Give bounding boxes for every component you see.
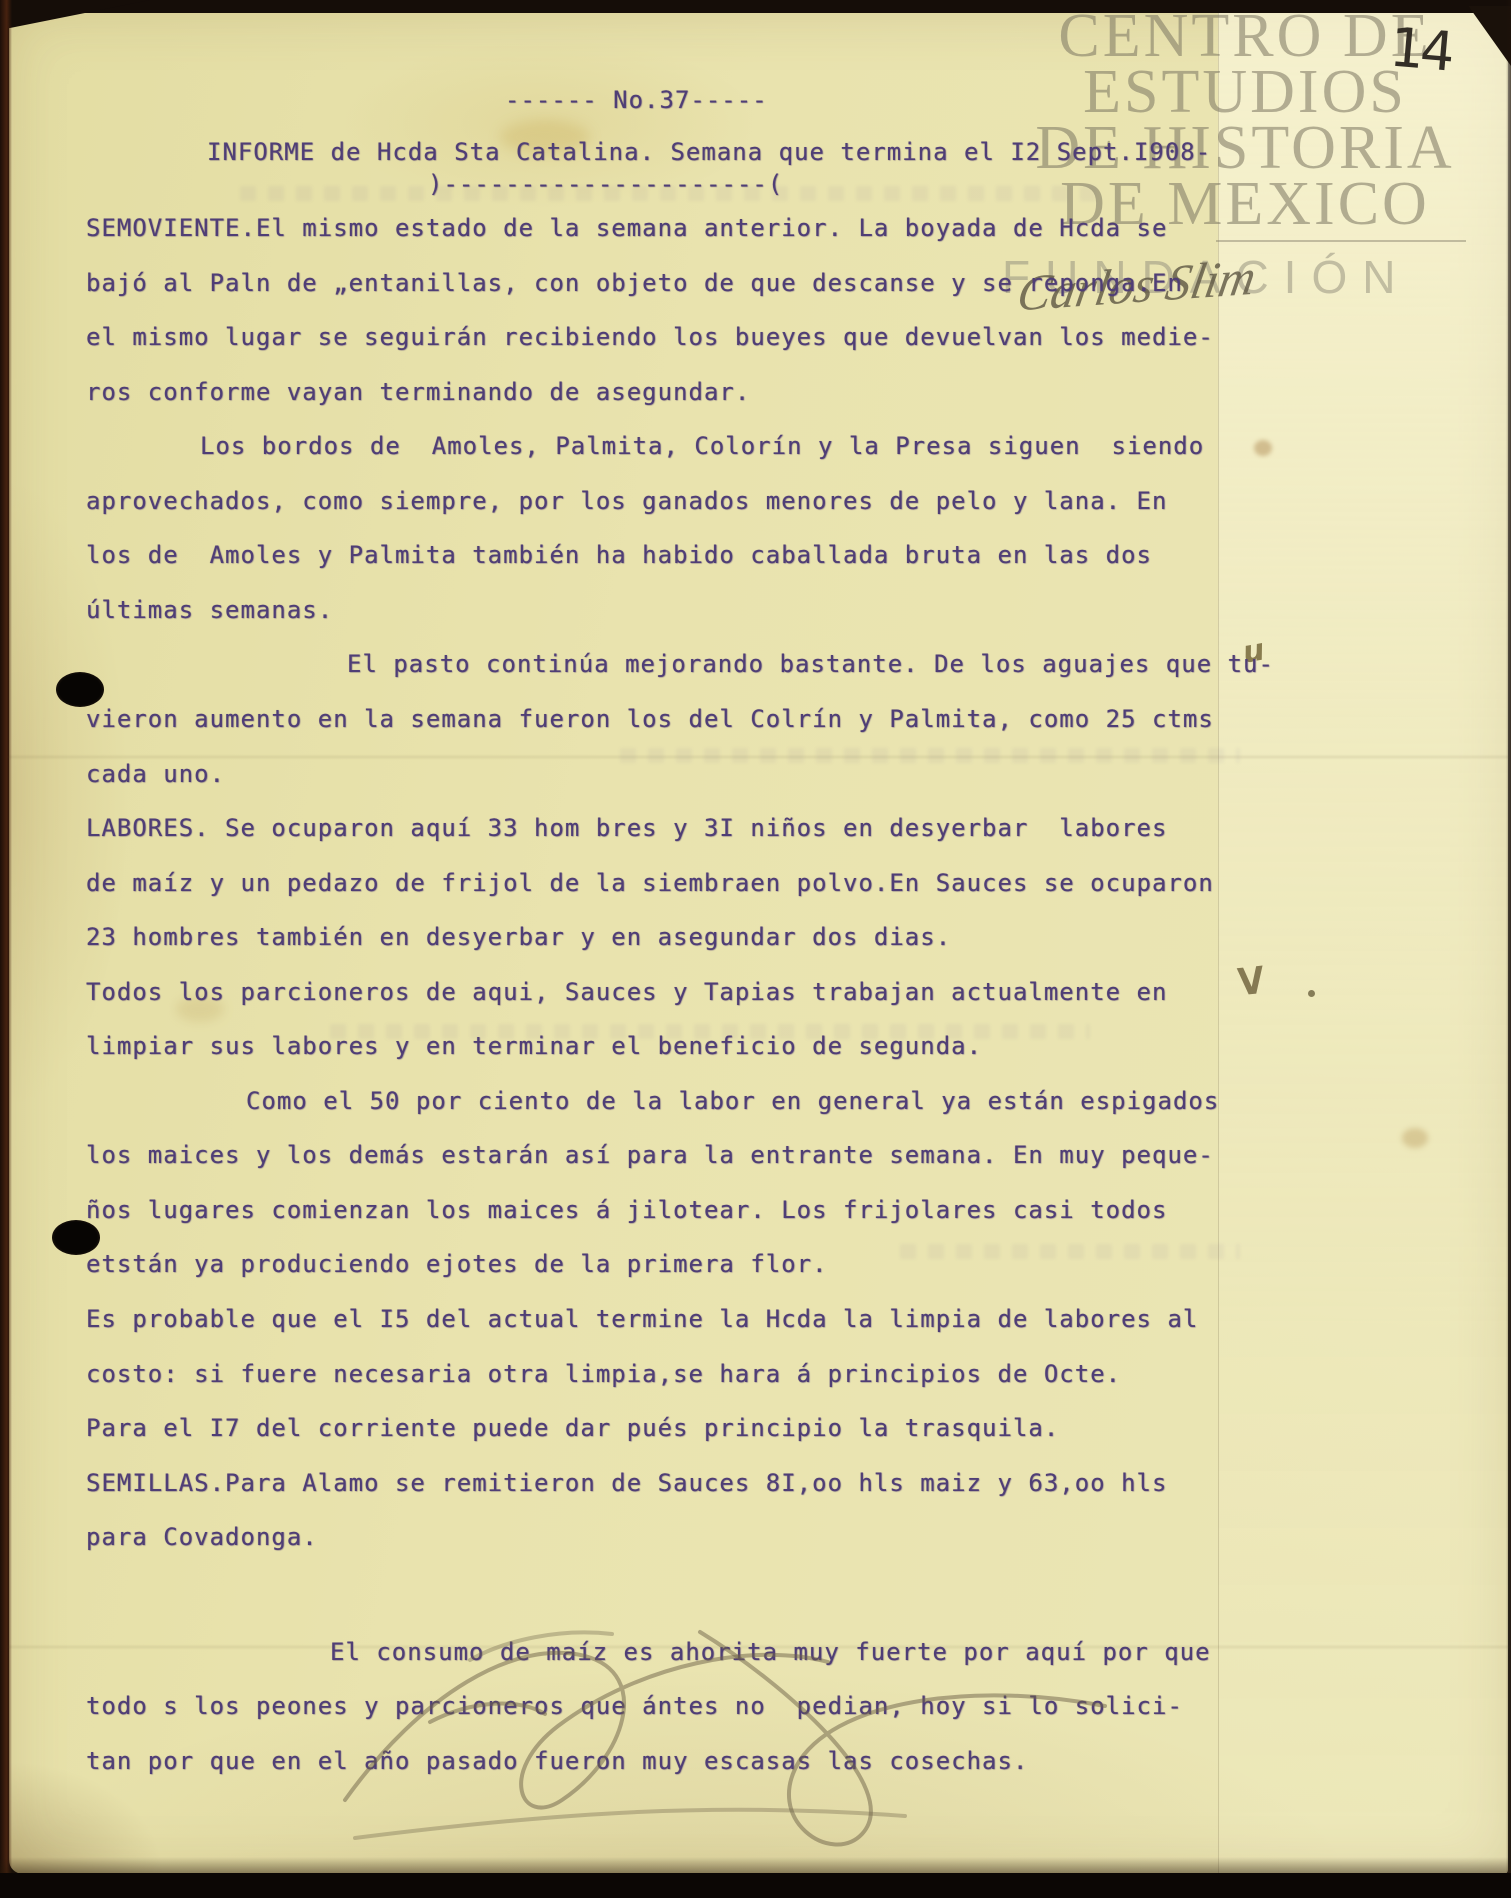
typed-line: para Covadonga. [86, 1522, 318, 1552]
document-number-line: ------ No.37----- [505, 85, 768, 115]
typed-line: cada uno. [86, 759, 225, 789]
handwritten-checkmark: V [1236, 959, 1267, 1006]
typed-line: LABORES. Se ocuparon aquí 33 hom bres y … [86, 813, 1167, 843]
scanned-document-page: CENTRO DE ESTUDIOS DE HISTORIA DE MEXICO… [0, 0, 1511, 1898]
typed-line: SEMOVIENTE.El mismo estado de la semana … [86, 213, 1167, 243]
typed-line: Los bordos de Amoles, Palmita, Colorín y… [200, 431, 1204, 461]
typed-line: vieron aumento en la semana fueron los d… [86, 704, 1214, 734]
typed-line: aprovechados, como siempre, por los gana… [86, 486, 1167, 516]
typed-line: Para el I7 del corriente puede dar pués … [86, 1413, 1059, 1443]
typed-line: todo s los peones y parcioneros que ánte… [86, 1691, 1183, 1721]
typed-line: bajó al Paln de „entanillas, con objeto … [86, 268, 1183, 298]
typed-line: 23 hombres también en desyerbar y en ase… [86, 922, 951, 952]
punch-hole-top [56, 672, 104, 707]
watermark-divider-line [1216, 240, 1466, 242]
typed-line: limpiar sus labores y en terminar el ben… [86, 1031, 982, 1061]
typed-line: tan por que en el año pasado fueron muy … [86, 1746, 1028, 1776]
title-underline-dashes: )---------------------( [428, 169, 783, 199]
typed-line: últimas semanas. [86, 595, 333, 625]
typed-line: El pasto continúa mejorando bastante. De… [347, 649, 1274, 679]
punch-hole-bottom [52, 1220, 100, 1255]
page-number-handwritten: 14 [1387, 15, 1453, 83]
typed-line: Es probable que el I5 del actual termine… [86, 1304, 1198, 1334]
typed-line: de maíz y un pedazo de frijol de la siem… [86, 868, 1214, 898]
typed-line: ños lugares comienzan los maices á jilot… [86, 1195, 1167, 1225]
typed-line: Como el 50 por ciento de la labor en gen… [246, 1086, 1219, 1116]
typed-line: el mismo lugar se seguirán recibiendo lo… [86, 322, 1214, 352]
typed-line: los maices y los demás estarán así para … [86, 1140, 1214, 1170]
fold-crease [0, 756, 1511, 758]
typed-line: ros conforme vayan terminando de asegund… [86, 377, 750, 407]
typed-line: costo: si fuere necesaria otra limpia,se… [86, 1359, 1121, 1389]
typed-line: los de Amoles y Palmita también ha habid… [86, 540, 1152, 570]
typed-line: El consumo de maíz es ahorita muy fuerte… [330, 1637, 1211, 1667]
document-title-line: INFORME de Hcda Sta Catalina. Semana que… [207, 137, 1211, 167]
typed-line: etstán ya produciendo ejotes de la prime… [86, 1249, 828, 1279]
pencil-dot [1308, 990, 1315, 997]
typed-line: SEMILLAS.Para Alamo se remitieron de Sau… [86, 1468, 1167, 1498]
typed-line: Todos los parcioneros de aqui, Sauces y … [86, 977, 1167, 1007]
